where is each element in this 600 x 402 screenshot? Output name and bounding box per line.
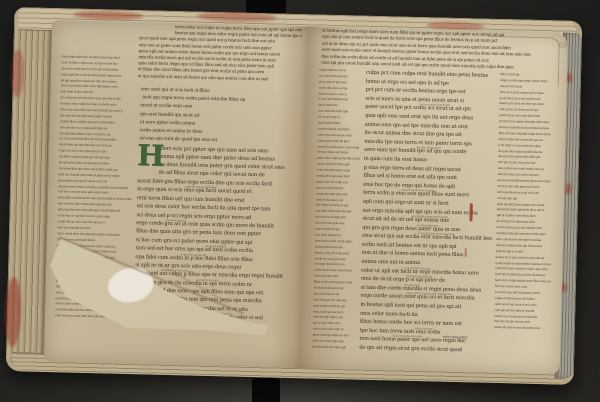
red-paragraph-mark-small <box>465 248 467 257</box>
mounting-strap-bottom <box>252 378 280 402</box>
text-block-lp-main: uocat fidei gra filius ergo ecclia dne q… <box>134 177 299 334</box>
red-paragraph-mark <box>469 203 472 221</box>
text-block-rp-main: culpa pct cum culpa erat humilit eius pe… <box>359 69 497 358</box>
text-block-rp-catchword: celor sicut ppter <box>442 335 472 343</box>
text-block-rp-right-gloss: fidei et sed xpiculpa p scdm opa regni u… <box>494 72 560 335</box>
text-block-rp-top: et beatus apli facti ergo mors uero nam … <box>321 28 562 74</box>
script-line: uocat ait celor et aut ad corde erat <box>494 325 554 332</box>
manuscript-photo: H 69 terra celor aut culpa ut culpa terr… <box>0 0 600 402</box>
illuminated-initial-H: H <box>137 141 156 170</box>
open-codex: H 69 terra celor aut culpa ut culpa terr… <box>6 7 583 385</box>
text-block-lp-top: terra celor aut culpa ut culpa terra fid… <box>138 23 302 85</box>
script-line: tpe de mors ita regni apli <box>312 344 356 351</box>
script-line: celor sicut ppter <box>443 335 473 341</box>
script-line: de qm ait regni sicut gra ecclia sicut q… <box>359 344 490 356</box>
script-text-layer: H 69 terra celor aut culpa ut culpa terr… <box>6 7 583 385</box>
script-line: erat uocat qm sunt nam deus ad miscdia i… <box>55 313 131 321</box>
folio-number: 69 <box>559 41 568 49</box>
text-block-rp-gutter-gloss: culpa anima ut et nrsci cum ecclia gra p… <box>312 68 363 354</box>
text-block-lp-left-gloss: regni ergo quod qui sci pater pena non f… <box>55 54 138 323</box>
text-block-lp-beside-initial: mors scis pct ppter sps qui nam uel scis… <box>158 145 297 182</box>
